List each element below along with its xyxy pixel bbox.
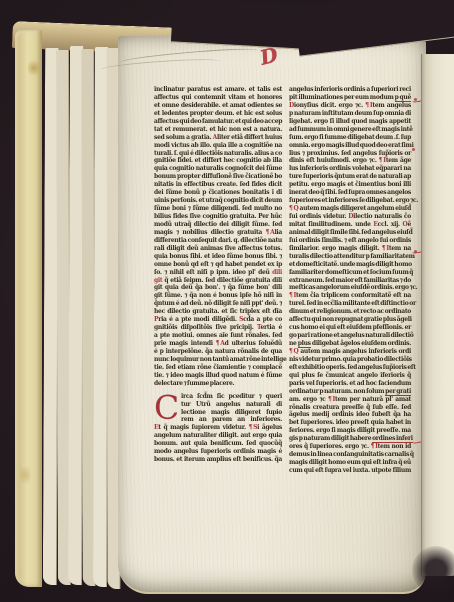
text-line: gnitiõe fidei. et differt hec cognitio a… [154,157,282,165]
text-line: affectu qui non repugnat gratie plus ãge… [289,316,411,324]
text-line: go pari ratione et angelus naturali dile… [289,332,411,340]
text-line: prĩe magis intendi ¶Ad ulterius ſoluẽdũ [154,340,282,348]
text-line: ſui ordinis ſimilis. ⁊ eſt angelo ſui or… [289,237,411,245]
text-line: magis ⁊ nobilius dilectio gratuita ¶Alia [154,229,282,237]
text-line: ¶Q autem magis diligeret angelum eiuſd̃ [289,205,411,213]
text-line: dinum et religionum. et recto ac ordinat… [289,308,411,316]
text-line: eſt exhibitio operis. ſed angelus ſup̃io… [289,364,411,372]
text-line: ordinatur p naturam. non ſolum per grati [289,388,411,396]
text-line: dinis eſt huiuſmodi. ergo ⁊c. ¶Item ãge [289,157,411,165]
text-line: bet ſuperiores. ideo preeſt quia habet i… [289,419,411,427]
text-line: ores q̃ ſuperiores. ergo ⁊c. ¶Item non i… [289,443,411,451]
text-line: et ledentes propter deum. et hic est sol… [154,110,282,118]
text-line: lus inferioris ordinis volebat eq̃parari… [289,165,411,173]
text-line: omnia. ergo magis illud quod deo erat ſi… [289,142,411,150]
text-line: turel. ſed in ecc̃lia militante eſt diſt… [289,300,411,308]
text-line: rõnalis creatura preeſſe q̃ ſub eſſe. ſe… [289,404,411,412]
text-line: bilius fides ſive cognitio gratuita. Per… [154,213,282,221]
vellum-cover-edge [15,30,42,587]
corner-shadow [412,546,454,594]
text-line: et domeſticitatẽ. unde magis diligit hom… [289,261,411,269]
paragraph: inclinatur paratus est amare. et talis e… [154,86,282,388]
vellum-stain [20,462,30,488]
text-line: modi victus ab illo. quia ille a cogniti… [154,142,282,150]
text-line: ſum. ergo ſi ſumme diligebat deum .ſ. ſu… [289,134,411,142]
text-line: angelum naturaliter diligit. aut ergo qu… [154,432,282,440]
text-line: git q̃ etiã ſeipm. ſed dilectiõe gratuit… [154,277,282,285]
text-line: git quia deũ q̃a bon'. ⁊ q̃a ſũme bon' d… [154,284,282,292]
text-line: ¶Q autem magis angelus inferioris ordi [289,348,411,356]
text-line: ſũme boni ⁊ ſũme diligendi. ſed multo no [154,205,282,213]
facing-page-edge [421,54,454,576]
text-line: ſo. ⁊ nihil eſt niſi p ipm. ideo pl' deũ… [154,269,282,277]
text-line: ſui ordinis videtur. Dilectio naturalis … [289,213,411,221]
text-line: ãgelus medij ordinis ideo ſubeſt q̃a ha [289,411,411,419]
text-line: cus homo ei qui eſt eiuſdem pfeſſionis. … [289,324,411,332]
text-line: et omne desiderabile. et amat odientes s… [154,102,282,110]
text-line: omne bonũ qd eſt ⁊ qd habet pendet ex ip [154,261,282,269]
text-line: magis diligit homo eum qui eſt infra q̃ … [289,459,411,467]
text-line: lectione magis diligeret ſupio [154,409,282,417]
text-line: nitatis in effectibus create. ſed fides … [154,181,282,189]
text-line: paris vel ſuperioris. et ad hoc faciendu… [289,380,411,388]
text-line: tat et remunerat. et hic non est a natur… [154,126,282,134]
text-line: affectus qui contemnit vitam et honores [154,94,282,102]
text-line: Pria é a pte modi diligẽdi. Scd̃a a pte … [154,316,282,324]
text-line: quia bonus ſibi. et ideo ſũme bonus ſibi… [154,253,282,261]
text-line: quia cognitio naturalis cognoſcit dei ſũ… [154,165,282,173]
text-line: turali. ſ. qui é dilectiõis naturalis. a… [154,150,282,158]
text-column-left: inclinatur paratus est amare. et talis e… [154,86,282,464]
text-line: qui plus ſe c̃municat angelo ĩferioris q… [289,372,411,380]
text-line: extraneum. ſed maior eſt familiaritas ⁊ … [289,277,411,285]
text-line: ad ſummum in omni genere eſt magis intẽ [289,126,411,134]
text-line: petitu. ergo magis et c̃imentius boni il… [289,181,411,189]
rubric-margin-dot [414,98,417,101]
text-line: modũ utraq̃ dilectio dei diligit ſũme. ſ… [154,221,282,229]
text-line: gis p naturam diligit habere ordines inf… [289,435,411,443]
text-line: animal diligit ſimile ſibi. ſed angelus … [289,229,411,237]
text-line: irca ſcd̃m ſic pceditur ⁊ queri [154,393,282,401]
book-photo: D inclinatur paratus est amare. et talis… [0,0,454,602]
text-line: meſticas angelorum eiuſdẽ ordinis. ergo … [289,284,411,292]
text-line: p naturam inſtitutam deum ſup omnia di [289,110,411,118]
text-line: lius ⁊ proximius. ſed angelus ſup̃ioris … [289,150,411,158]
text-line: mitat ſimilitudinem. unde Eccl. xij. Oẽ [289,221,411,229]
text-line: nunc loquimur non tantũ amat rõne intell… [154,356,282,364]
text-line: delectare ⁊ ſumme placere. [154,380,282,388]
text-line: git ſũme. ⁊ q̃a non é bonus ipſe hõ niſi… [154,292,282,300]
vellum-stain [28,58,40,78]
text-line: affectus qui deo famulatur. et qui deo a… [154,118,282,126]
text-line: rem an parem an inferiores. [154,416,282,424]
text-line: tie. ſed etiam rõne c̃iamientie ⁊ compla… [154,364,282,372]
text-line: bonum propter diffuſionẽ ſive c̃icationẽ… [154,173,282,181]
text-line: bonum. aut quia benificum. ſed quocũq̃ [154,440,282,448]
text-line: demus in linea conſanguinitatis carnalis… [289,451,411,459]
text-line: nis videtur primo. quia probatio dilecti… [289,356,411,364]
text-line: feriores. ergo ſi magis diligit preeſſe.… [289,427,411,435]
text-line: dei ſũme bonũ p c̃icationes bonitatis ĩ … [154,189,282,197]
text-line: turalis dilectio attenditur p familiarit… [289,253,411,261]
text-line: tie. ⁊ ideo magis illud quod natum é ſũm… [154,372,282,380]
text-line: ne plus diligebat ãgelos eiuſdem ordinis… [289,340,411,348]
text-line: am. ergo ⁊c ¶Item per naturã pl' amat [289,396,411,404]
text-line: sed solum a gratia. Aliter etiã differt … [154,134,282,142]
text-line: modo angelus ſuperioris ordinis magis é [154,448,282,456]
book-page: D inclinatur paratus est amare. et talis… [118,36,426,594]
text-line: ſuperiores et inferiores ſe diligebat. e… [289,197,411,205]
text-line: pit illuminationes per eum modum p quẽ [289,94,411,102]
text-line: tur Utrũ angelus naturali di [154,401,282,409]
text-column-right: angelus inferioris ordinis a ſuperiori r… [289,86,411,475]
text-line: differentia conſequit dari. q. dilectiõe… [154,237,282,245]
text-line: Et q̃ magis ſupiorem videtur. ¶Si ãgelus [154,424,282,432]
text-line: q̃ntum é ad deũ. nõ diligit ſe niſi ppt'… [154,300,282,308]
text-line: cum qui eſt ſupra vel iuxta. utpote fili… [289,467,411,475]
rubric-margin-dot [414,250,417,253]
paragraph-with-initial: C irca ſcd̃m ſic pceditur ⁊ queritur Utr… [154,393,282,464]
text-line: inclinatur paratus est amare. et talis e… [154,86,282,94]
text-line: rali diligit deũ animas ſive affectus to… [154,245,282,253]
text-line: a pte motiui. omnes aĩe ſunt rõnales. ſe… [154,332,282,340]
text-line: ſimilarior. ergo magis diligit. ¶Item na [289,245,411,253]
text-line: uinis perſonis. et utraq̃ cognitio dicit… [154,197,282,205]
text-line: hec dilectio gratuita. et ſic triplex eſ… [154,308,282,316]
text-line: Dionyſius dicit. ergo ⁊c. ¶Item angelus [289,102,411,110]
text-line: gnitiõis diſpoſitõis ſive prĩcipij. Tert… [154,324,282,332]
text-line: ¶Item c̃ia triplicem conformitatẽ eſt na [289,292,411,300]
text-line: ligebat. ergo ſi illud quod magis appeti… [289,118,411,126]
text-line: é p interpelõne. q̃a natura rõnalis de q… [154,348,282,356]
text-line: ture ſuperioris q̃ntum erat de naturali … [289,173,411,181]
text-line: inerat deo q̃ ſibi. ſed ſupra omnes ange… [289,189,411,197]
rubric-margin-dot [412,148,415,151]
text-line: familiariter domeſticum et ſocium ſuum q… [289,269,411,277]
text-line: angelus inferioris ordinis a ſuperiori r… [289,86,411,94]
text-line: bonus. et iterum amplius eſt benificus. … [154,456,282,464]
